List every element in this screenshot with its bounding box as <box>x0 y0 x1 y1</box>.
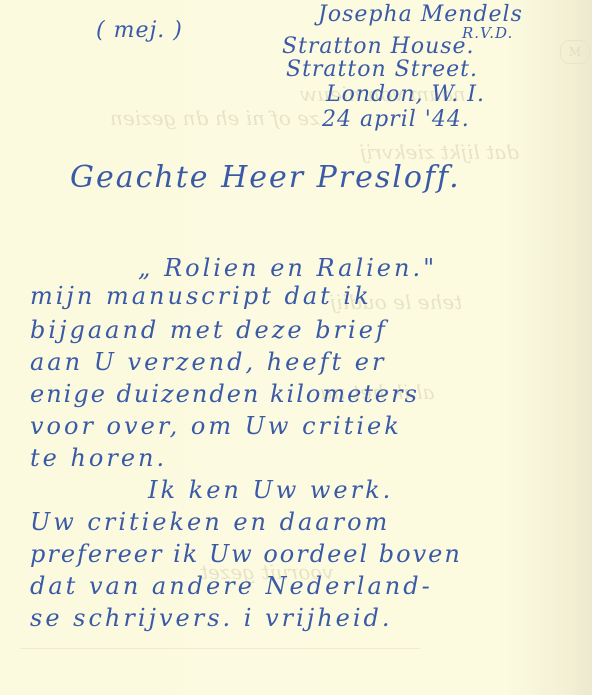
body-line: enige duizenden kilometers <box>30 380 419 408</box>
sender-address-line1: Stratton House. <box>282 34 475 59</box>
faint-stamp-mark: M <box>560 40 590 64</box>
letter-date: 24 april '44. <box>322 107 470 132</box>
body-line: „ Rolien en Ralien." <box>138 254 437 282</box>
body-line: se schrijvers. i vrijheid. <box>30 604 393 632</box>
body-line: aan U verzend, heeft er <box>30 348 386 376</box>
bleed-through-text: ze of ni eh dn gezien <box>110 106 320 130</box>
body-line: dat van andere Nederland- <box>30 572 433 600</box>
page-edge-shadow <box>574 0 592 695</box>
body-line: prefereer ik Uw oordeel boven <box>30 540 462 568</box>
body-line: voor over, om Uw critiek <box>30 412 402 440</box>
marginal-note: ( mej. ) <box>96 18 183 43</box>
faint-bleed-line <box>20 648 420 649</box>
body-line: bijgaand met deze brief <box>30 316 388 344</box>
body-line: Uw critieken en daarom <box>30 508 390 536</box>
letter-page: M naam von nieuw ze of ni eh dn gezien d… <box>0 0 592 695</box>
sender-address-line2: Stratton Street. <box>286 57 478 82</box>
body-line: Ik ken Uw werk. <box>148 476 393 504</box>
sender-address-line3: London, W. I. <box>326 82 485 107</box>
salutation: Geachte Heer Presloff. <box>70 160 461 195</box>
body-line: te horen. <box>30 444 167 472</box>
body-line: mijn manuscript dat ik <box>30 282 372 310</box>
